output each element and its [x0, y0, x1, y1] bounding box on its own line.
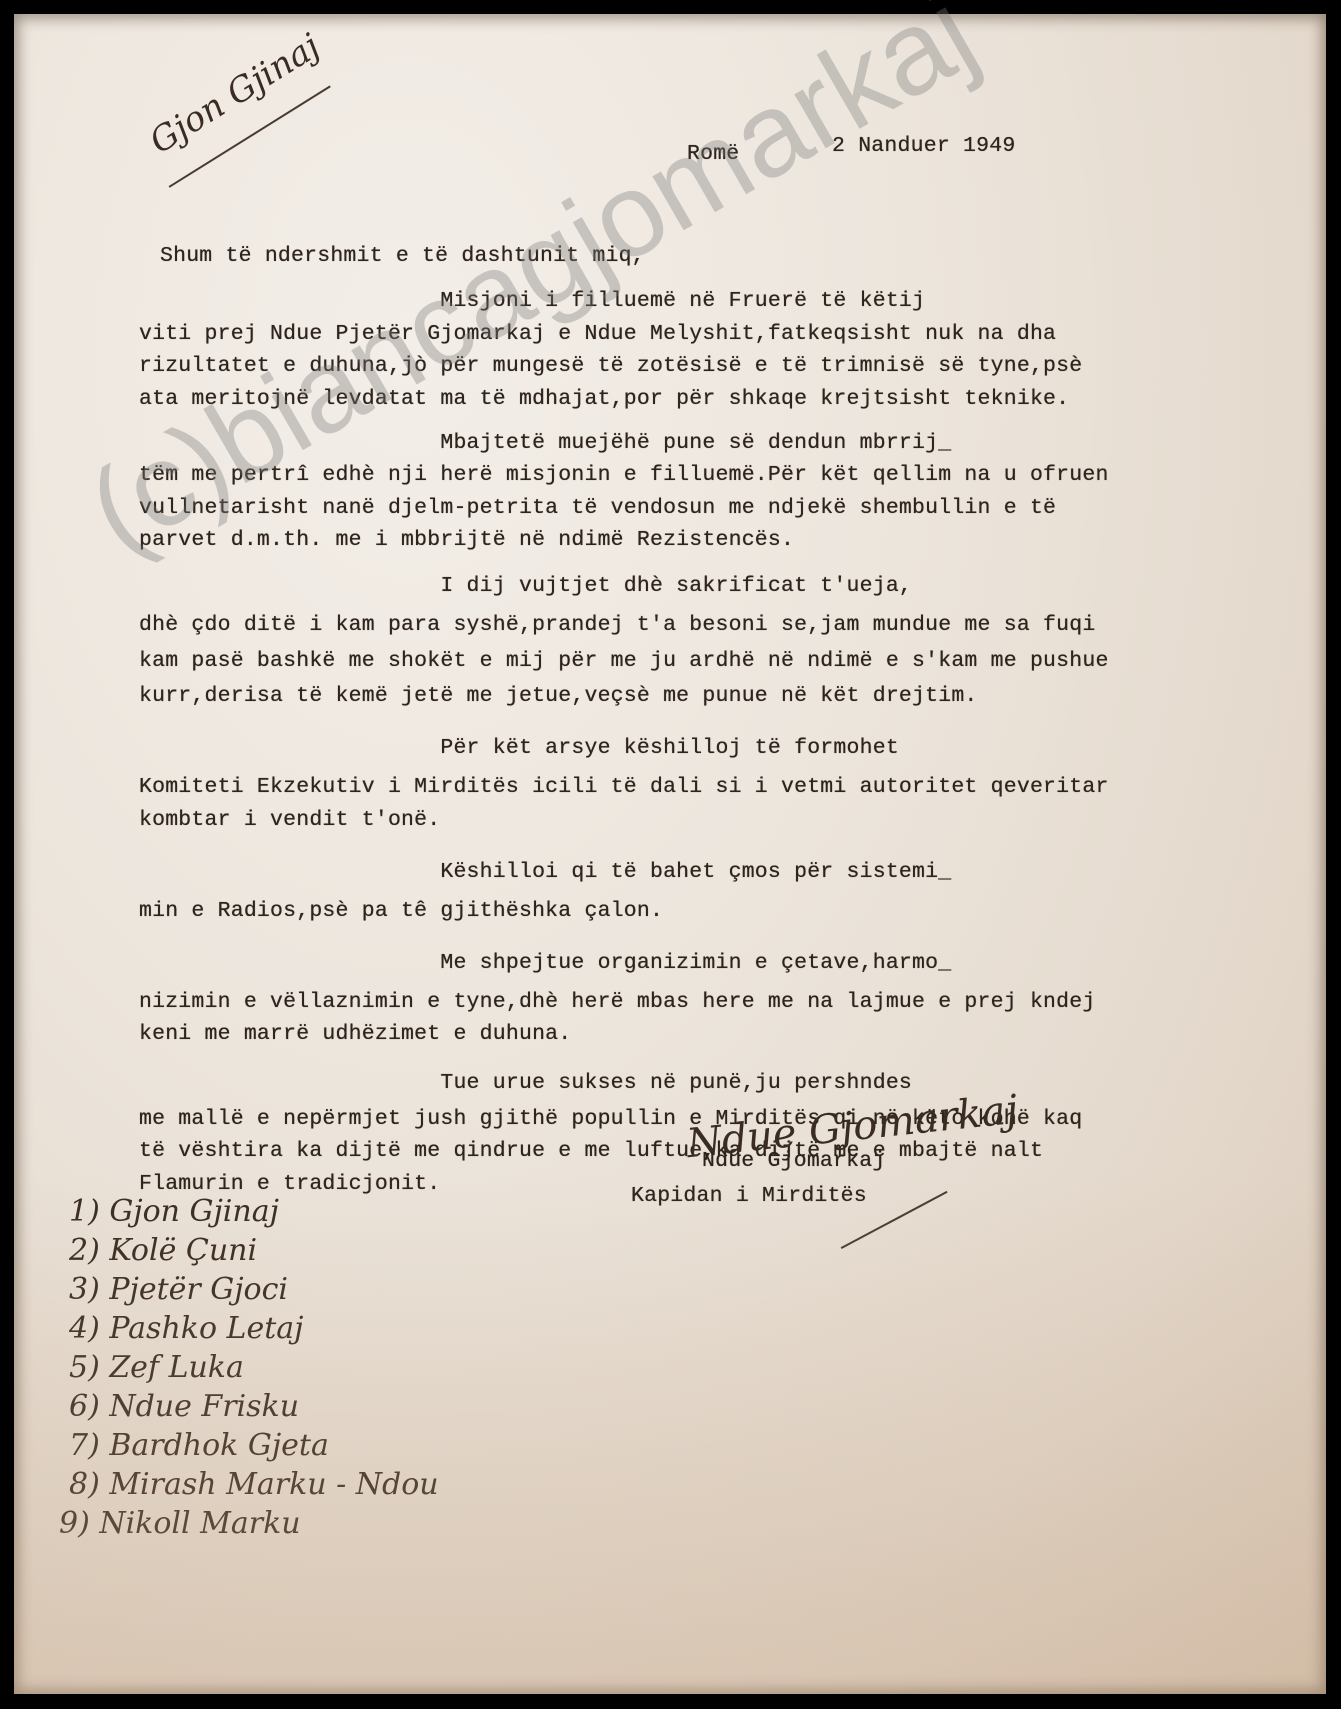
body-line: I dij vujtjet dhè sakrificat t'ueja,: [139, 574, 912, 598]
letter-paper: Gjon Gjinaj Romë 2 Nanduer 1949 Shum të …: [14, 14, 1326, 1694]
body-line: kam pasë bashkë me shokët e mij për me j…: [139, 649, 1109, 673]
signatory-title: Kapidan i Mirditës: [631, 1184, 867, 1208]
body-line: Për kët arsye këshilloj të formohet: [139, 736, 899, 760]
body-line: Misjoni i filluemë në Fruerë të këtij: [139, 289, 925, 313]
body-line: nizimin e vëllaznimin e tyne,dhè herë mb…: [139, 990, 1095, 1014]
body-line: Komiteti Ekzekutiv i Mirditës icili të d…: [139, 775, 1109, 799]
handwritten-list-item: 5) Zef Luka: [69, 1350, 244, 1385]
body-line: kombtar i vendit t'onë.: [139, 808, 440, 832]
signatory-name: Ndue Gjomarkaj: [702, 1149, 885, 1173]
body-line: viti prej Ndue Pjetër Gjomarkaj e Ndue M…: [139, 322, 1056, 346]
body-line: Këshilloi qi të bahet çmos për sistemi_: [139, 860, 951, 884]
body-line: vullnetarisht nanë djelm-petrita të vend…: [139, 496, 1056, 520]
handwritten-list-item: 2) Kolë Çuni: [69, 1233, 257, 1268]
handwritten-list-item: 6) Ndue Frisku: [69, 1389, 299, 1424]
handwritten-list-item: 8) Mirash Marku - Ndou: [69, 1467, 439, 1502]
body-line: tëm me pertrî edhè nji herë misjonin e f…: [139, 463, 1109, 487]
body-line: Me shpejtue organizimin e çetave,harmo_: [139, 951, 951, 975]
handwritten-list-item: 7) Bardhok Gjeta: [69, 1428, 329, 1463]
body-line: ata meritojnë levdatat ma të mdhajat,por…: [139, 387, 1069, 411]
body-line: Mbajtetë muejëhë pune së dendun mbrrij_: [139, 431, 951, 455]
body-line: rizultatet e duhuna,jò për mungesë të zo…: [139, 354, 1082, 378]
body-line: min e Radios,psè pa tê gjithëshka çalon.: [139, 899, 663, 923]
letter-date: 2 Nanduer 1949: [832, 134, 1015, 158]
handwritten-name-top: Gjon Gjinaj: [143, 26, 327, 162]
body-line: kurr,derisa të kemë jetë me jetue,veçsè …: [139, 684, 978, 708]
body-line: dhè çdo ditë i kam para syshë,prandej t'…: [139, 613, 1095, 637]
handwritten-list-item: 4) Pashko Letaj: [69, 1311, 303, 1346]
body-line: parvet d.m.th. me i mbbrijtë në ndimë Re…: [139, 528, 794, 552]
salutation: Shum të ndershmit e të dashtunit miq,: [160, 244, 645, 268]
handwritten-list-item: 9) Nikoll Marku: [59, 1506, 301, 1541]
body-line: keni me marrë udhëzimet e duhuna.: [139, 1022, 571, 1046]
body-line: Flamurin e tradicjonit.: [139, 1172, 440, 1196]
letter-place: Romë: [687, 142, 739, 166]
body-line: Tue urue sukses në punë,ju pershndes: [139, 1071, 912, 1095]
handwritten-list-item: 1) Gjon Gjinaj: [69, 1194, 279, 1229]
handwritten-list-item: 3) Pjetër Gjoci: [69, 1272, 288, 1307]
